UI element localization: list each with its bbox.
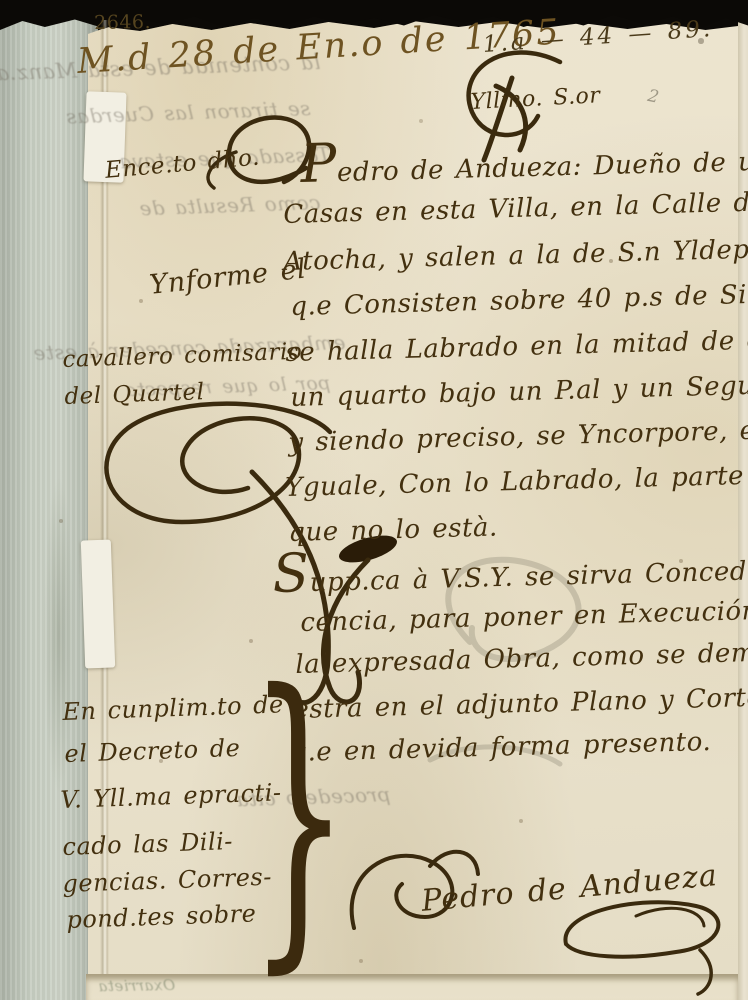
margin-cumplimiento-line: cado las Dili- — [62, 827, 233, 861]
bleedthrough-text: Oxarrieta — [98, 976, 175, 995]
repair-tab — [81, 540, 115, 669]
manuscript-scan: 2646. M.d 28 de En.o de 1765 1.a — 44 — … — [0, 0, 748, 1000]
body-line: que no lo està. — [288, 513, 498, 548]
margin-brace: } — [248, 664, 350, 964]
margin-informe-line: del Quartel — [64, 379, 205, 410]
archive-number: 2646. — [94, 11, 151, 34]
next-sheet-edge — [86, 974, 738, 1000]
